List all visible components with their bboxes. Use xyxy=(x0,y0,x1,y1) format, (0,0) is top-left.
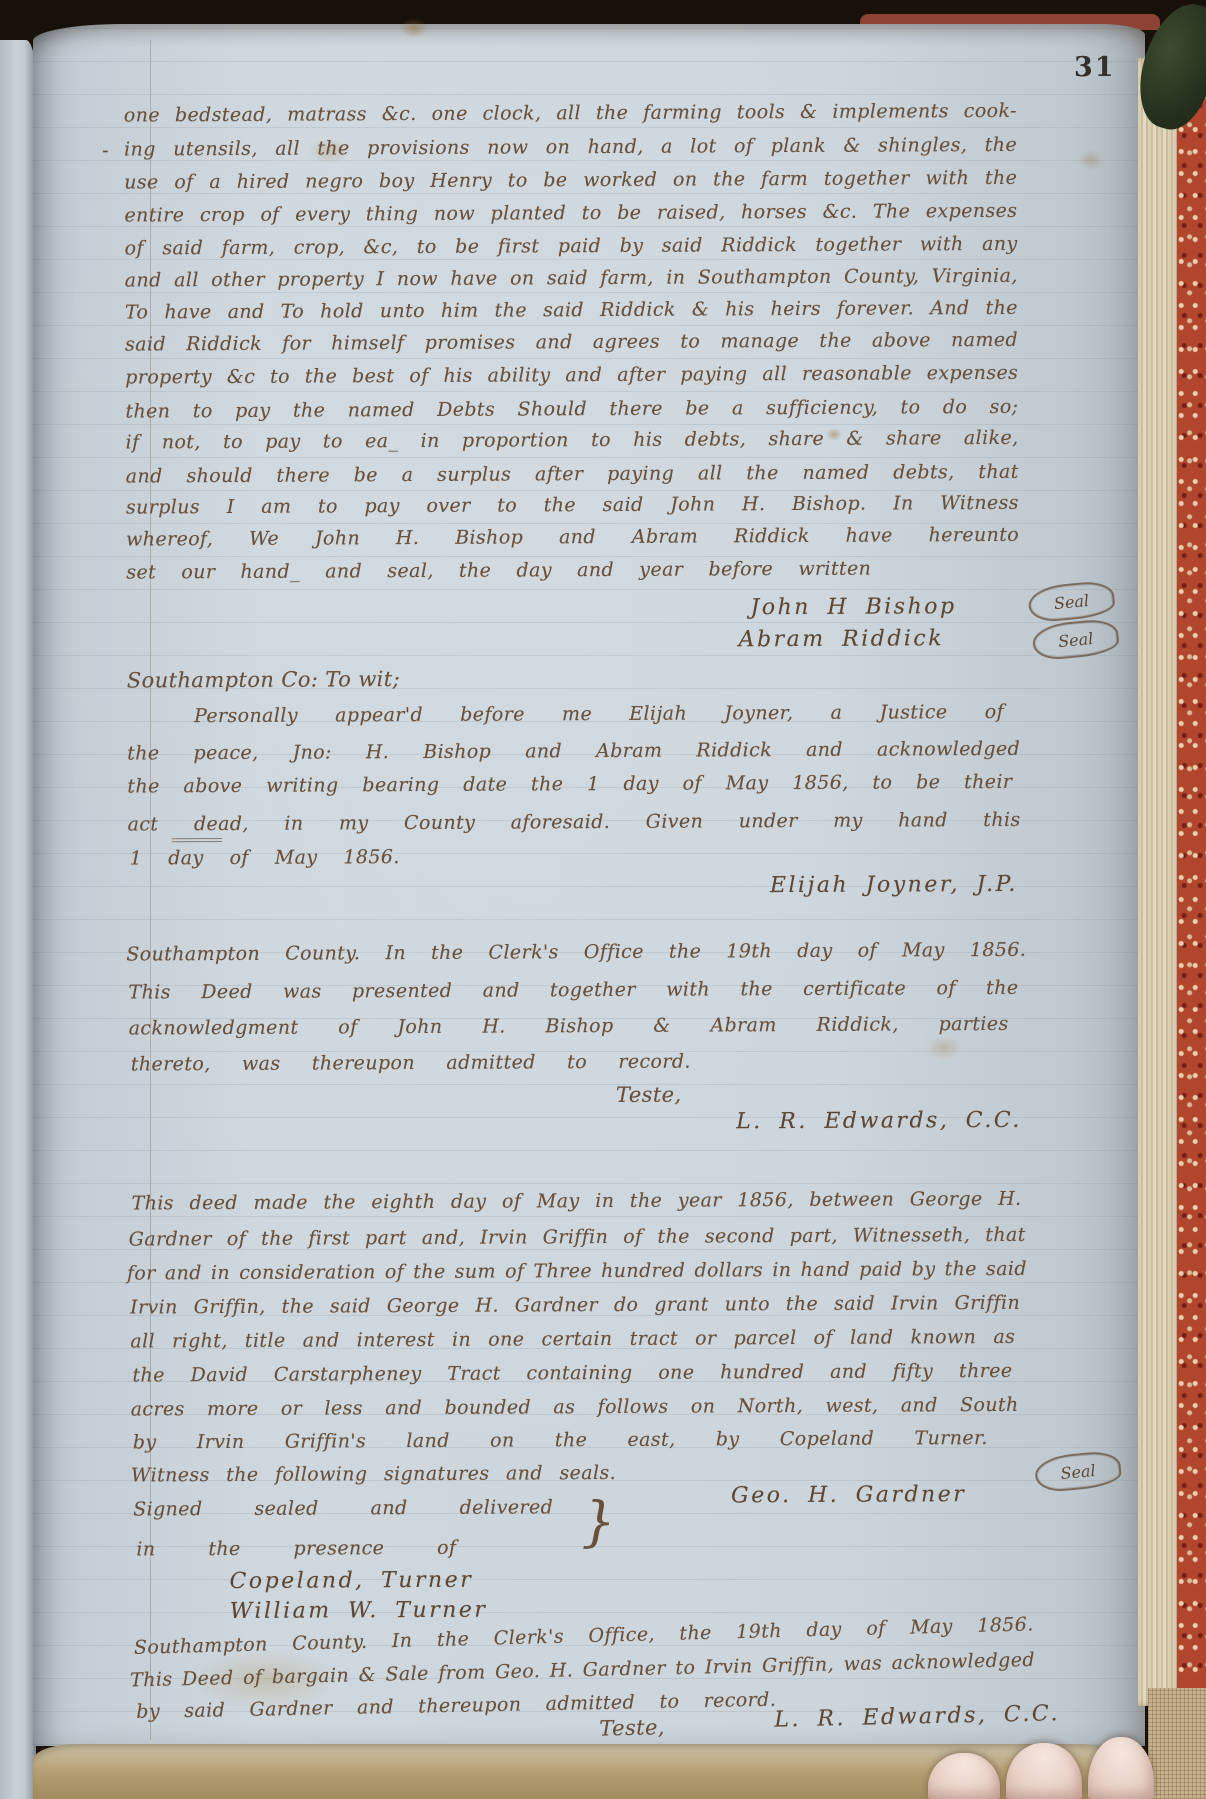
manuscript-line: of said farm, crop, &c, to be first paid… xyxy=(125,234,1018,261)
margin-dash: - xyxy=(102,141,109,163)
manuscript-line: Irvin Griffin, the said George H. Gardne… xyxy=(130,1293,1020,1320)
manuscript-line: Southampton County. In the Clerk's Offic… xyxy=(126,940,1026,967)
manuscript-line: the above writing bearing date the 1 day… xyxy=(127,772,1012,798)
manuscript-line: Witness the following signatures and sea… xyxy=(131,1463,616,1487)
manuscript-line: To have and To hold unto him the said Ri… xyxy=(125,298,1018,325)
signature: John H Bishop xyxy=(750,594,956,620)
handwritten-text-layer: - one bedstead, matrass &c. one clock, a… xyxy=(0,0,1206,1799)
seal-scribble: Seal xyxy=(1031,618,1120,662)
witness-name: William W. Turner xyxy=(230,1598,488,1625)
manuscript-line: for and in consideration of the sum of T… xyxy=(127,1259,1027,1286)
manuscript-line: surplus I am to pay over to the said Joh… xyxy=(126,493,1019,520)
manuscript-line: said Riddick for himself promises and ag… xyxy=(125,330,1018,357)
attestation-brace: } xyxy=(581,1490,616,1553)
manuscript-line: the David Carstarpheney Tract containing… xyxy=(132,1361,1012,1387)
manuscript-line: set our hand_ and seal, the day and year… xyxy=(126,559,871,585)
manuscript-line: whereof, We John H. Bishop and Abram Rid… xyxy=(126,525,1019,552)
signature: Abram Riddick xyxy=(739,626,945,652)
manuscript-line: the peace, Jno: H. Bishop and Abram Ridd… xyxy=(127,739,1020,766)
justice-signature: Elijah Joyner, J.P. xyxy=(770,872,1018,899)
manuscript-line: and all other property I now have on sai… xyxy=(125,266,1018,293)
manuscript-line: acknowledgment of John H. Bishop & Abram… xyxy=(129,1014,1009,1040)
manuscript-line: all right, title and interest in one cer… xyxy=(130,1327,1015,1353)
manuscript-line: use of a hired negro boy Henry to be wor… xyxy=(124,168,1017,195)
manuscript-line: if not, to pay to ea_ in proportion to h… xyxy=(126,428,1019,455)
manuscript-line: thereto, was thereupon admitted to recor… xyxy=(131,1052,691,1077)
seal-scribble: Seal xyxy=(1027,580,1116,624)
seal-label: Seal xyxy=(1060,1460,1097,1482)
clerk-signature: L. R. Edwards, C.C. xyxy=(736,1108,1022,1135)
manuscript-line: This Deed was presented and together wit… xyxy=(128,978,1018,1005)
attestation-line: in the presence of xyxy=(136,1538,456,1562)
witness-name: Copeland, Turner xyxy=(230,1568,474,1595)
emphasis-underline xyxy=(172,838,222,842)
seal-label: Seal xyxy=(1053,590,1090,612)
attestation-line: Signed sealed and delivered xyxy=(133,1497,553,1521)
section-heading: Southampton Co: To wit; xyxy=(127,667,400,693)
manuscript-line: Gardner of the first part and, Irvin Gri… xyxy=(129,1225,1026,1252)
manuscript-line: then to pay the named Debts Should there… xyxy=(125,397,1018,424)
manuscript-line: act dead, in my County aforesaid. Given … xyxy=(128,810,1021,837)
manuscript-line: and should there be a surplus after payi… xyxy=(126,462,1019,489)
manuscript-line: This deed made the eighth day of May in … xyxy=(132,1189,1022,1216)
manuscript-line: by said Gardner and thereupon admitted t… xyxy=(136,1690,776,1724)
manuscript-line: acres more or less and bounded as follow… xyxy=(131,1395,1019,1421)
manuscript-line: property &c to the best of his ability a… xyxy=(125,363,1018,390)
manuscript-line: ing utensils, all the provisions now on … xyxy=(124,135,1017,162)
seal-label: Seal xyxy=(1057,628,1094,650)
manuscript-line: one bedstead, matrass &c. one clock, all… xyxy=(124,101,1017,128)
teste-label: Teste, xyxy=(599,1715,665,1741)
manuscript-line: 1 day of May 1856. xyxy=(130,847,400,870)
seal-scribble: Seal xyxy=(1034,1450,1123,1494)
signature: Geo. H. Gardner xyxy=(731,1482,966,1509)
clerk-signature: L. R. Edwards, C.C. xyxy=(774,1701,1060,1733)
manuscript-line: entire crop of every thing now planted t… xyxy=(124,201,1017,228)
teste-label: Teste, xyxy=(616,1083,682,1107)
manuscript-line: by Irvin Griffin's land on the east, by … xyxy=(133,1428,988,1454)
manuscript-line: Personally appear'd before me Elijah Joy… xyxy=(194,702,1004,728)
